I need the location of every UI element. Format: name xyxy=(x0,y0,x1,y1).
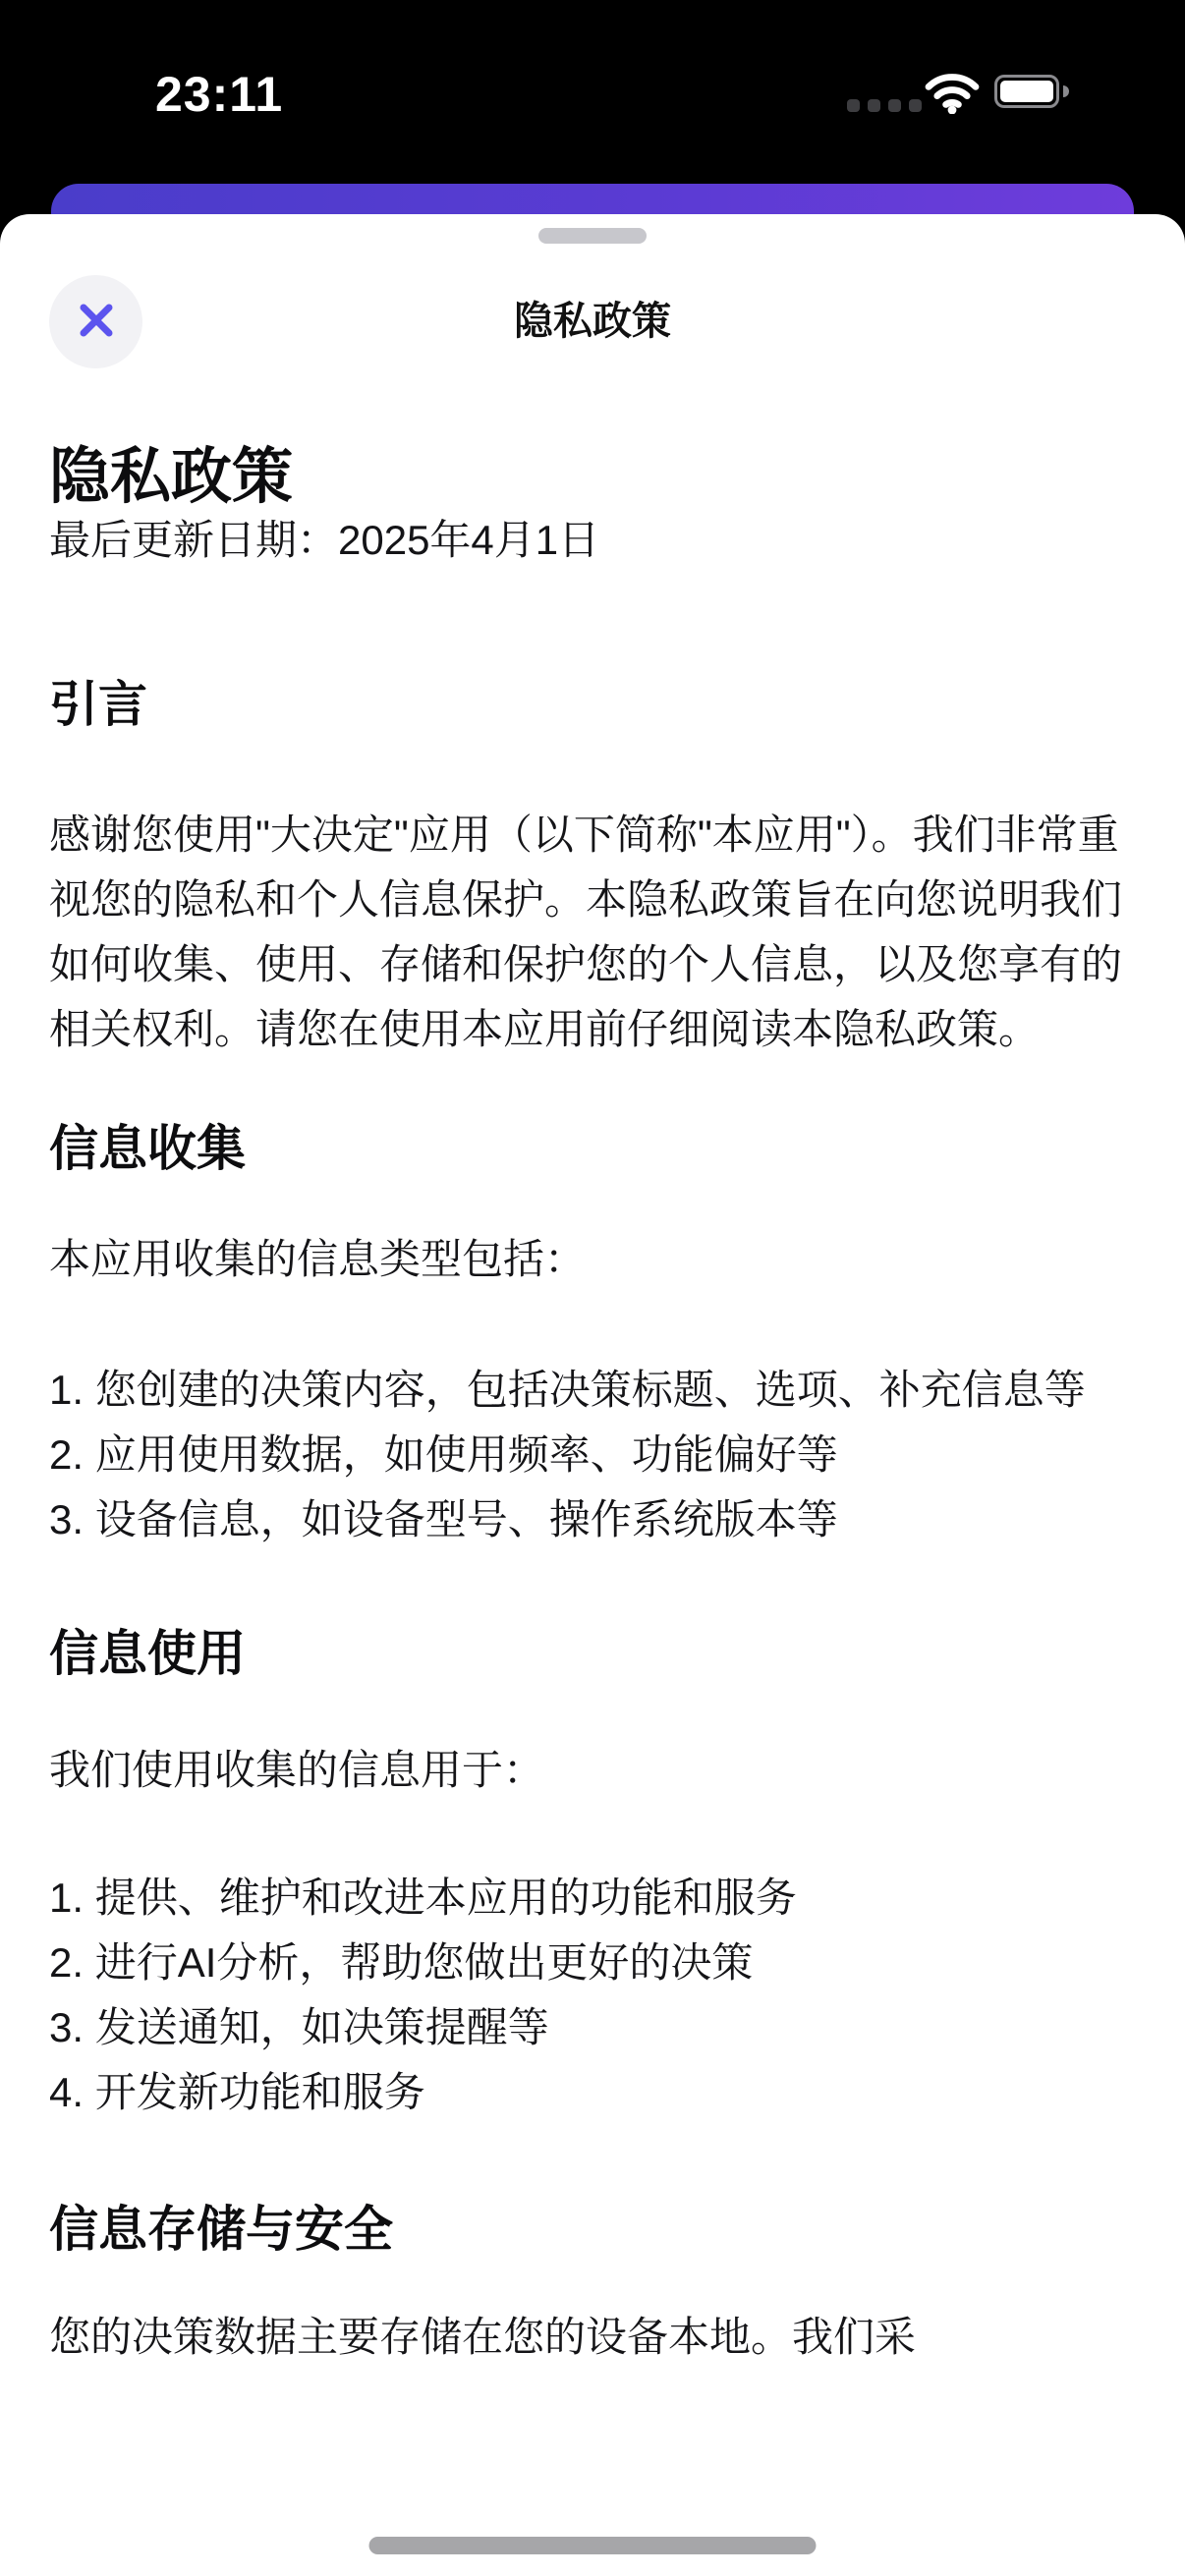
list-item: 1. 您创建的决策内容，包括决策标题、选项、补充信息等 xyxy=(49,1358,1136,1423)
list-item: 2. 应用使用数据，如使用频率、功能偏好等 xyxy=(49,1423,1136,1487)
policy-content: 隐私政策 最后更新日期：2025年4月1日 引言 感谢您使用"大决定"应用（以下… xyxy=(0,447,1185,2370)
list-item: 2. 进行AI分析，帮助您做出更好的决策 xyxy=(49,1931,1136,1995)
last-updated-label: 最后更新日期：2025年4月1日 xyxy=(49,508,1136,573)
section-paragraph: 我们使用收集的信息用于： xyxy=(49,1738,1136,1803)
section-heading-storage-security: 信息存储与安全 xyxy=(49,2205,1136,2254)
battery-cap xyxy=(1063,85,1069,97)
sheet-grabber[interactable] xyxy=(538,228,647,244)
section-heading-introduction: 引言 xyxy=(49,680,1136,729)
section-paragraph: 本应用收集的信息类型包括： xyxy=(49,1227,1136,1292)
privacy-policy-sheet: 隐私政策 隐私政策 最后更新日期：2025年4月1日 引言 感谢您使用"大决定"… xyxy=(0,214,1185,2576)
list-item: 4. 开发新功能和服务 xyxy=(49,2060,1136,2125)
status-time: 23:11 xyxy=(155,69,283,120)
battery-icon xyxy=(994,75,1059,108)
usage-list: 1. 提供、维护和改进本应用的功能和服务 2. 进行AI分析，帮助您做出更好的决… xyxy=(49,1866,1136,2125)
battery-fill xyxy=(1000,81,1053,102)
home-indicator[interactable] xyxy=(369,2537,817,2554)
section-paragraph: 感谢您使用"大决定"应用（以下简称"本应用"）。我们非常重视您的隐私和个人信息保… xyxy=(49,803,1136,1062)
cellular-signal-icon xyxy=(847,99,922,112)
list-item: 3. 设备信息，如设备型号、操作系统版本等 xyxy=(49,1487,1136,1552)
collection-list: 1. 您创建的决策内容，包括决策标题、选项、补充信息等 2. 应用使用数据，如使… xyxy=(49,1358,1136,1552)
wifi-icon xyxy=(925,73,980,119)
list-item: 3. 发送通知，如决策提醒等 xyxy=(49,1995,1136,2060)
list-item: 1. 提供、维护和改进本应用的功能和服务 xyxy=(49,1866,1136,1931)
phone-screen: 23:11 xyxy=(0,0,1185,2576)
status-bar: 23:11 xyxy=(0,0,1185,184)
section-paragraph: 您的决策数据主要存储在您的设备本地。我们采 xyxy=(49,2305,1136,2370)
sheet-header: 隐私政策 xyxy=(0,275,1185,368)
nav-title: 隐私政策 xyxy=(0,275,1185,368)
page-title: 隐私政策 xyxy=(49,447,1136,508)
section-heading-information-use: 信息使用 xyxy=(49,1629,1136,1678)
section-heading-information-collection: 信息收集 xyxy=(49,1124,1136,1173)
